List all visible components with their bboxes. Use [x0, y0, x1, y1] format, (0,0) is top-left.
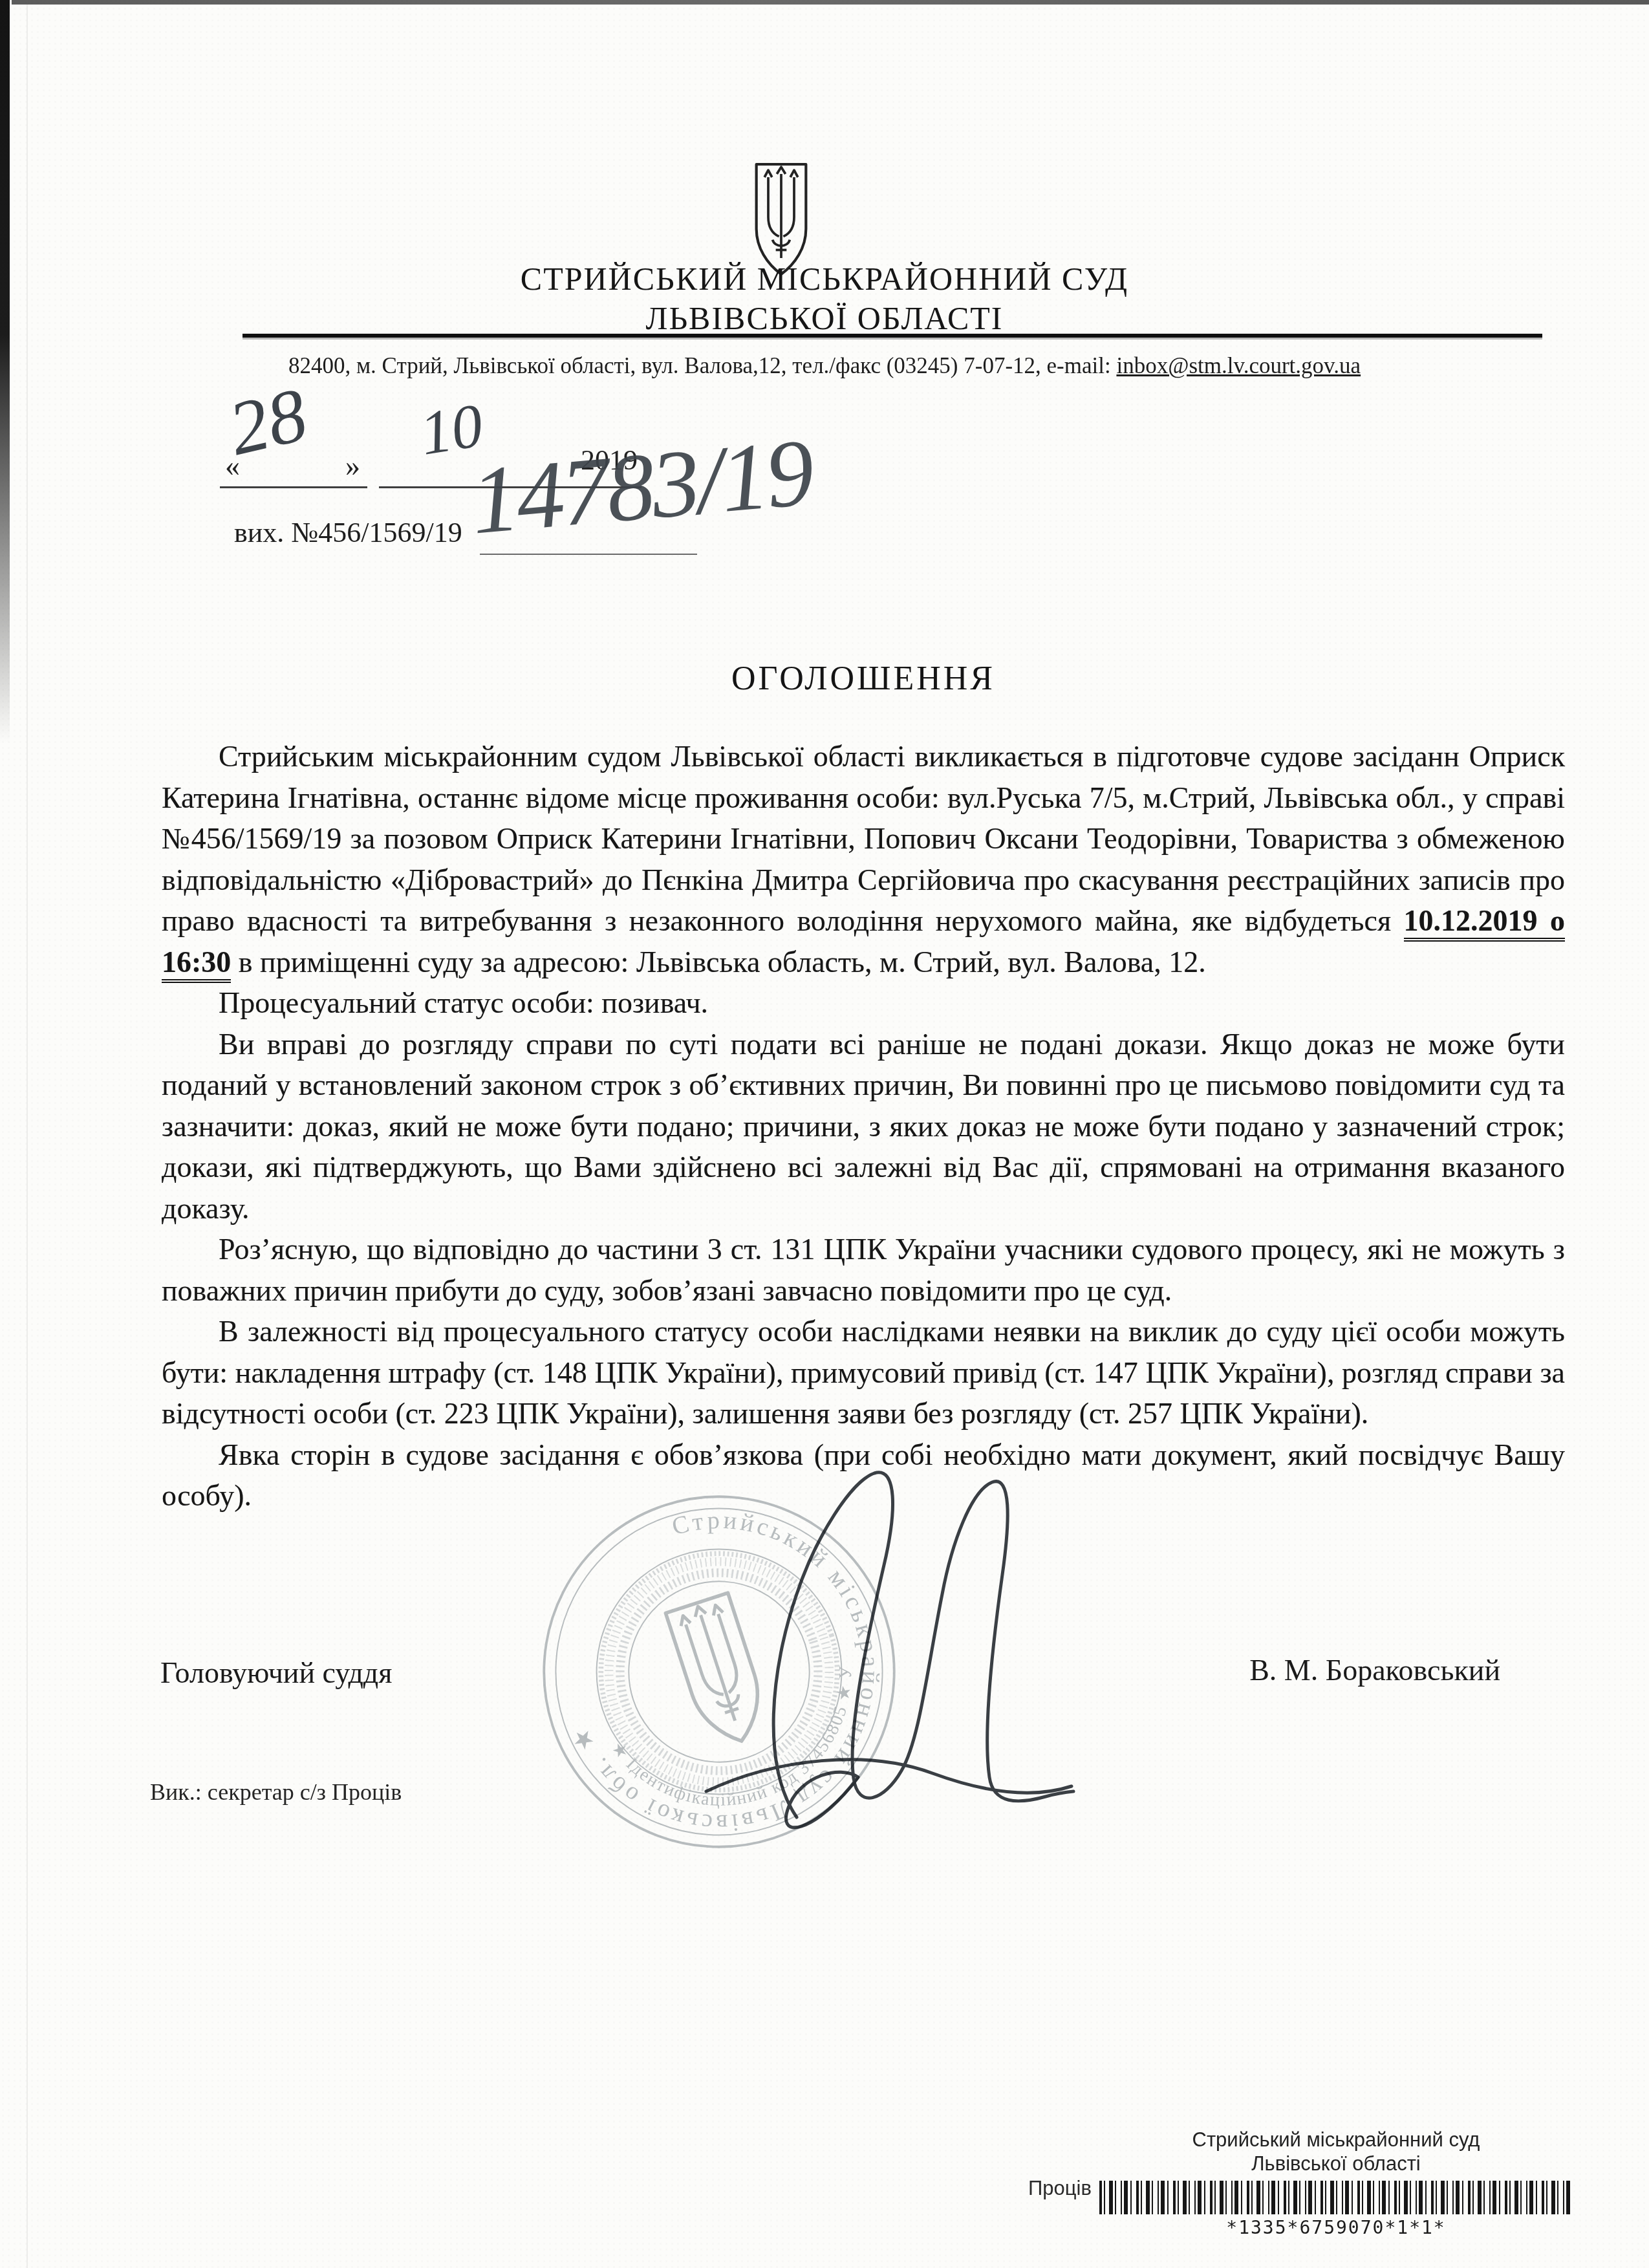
paragraph-status: Процесуальний статус особи: позивач. [162, 982, 1565, 1024]
paragraph-evidence: Ви вправі до розгляду справи по суті под… [162, 1024, 1565, 1229]
judge-signature-icon [700, 1455, 1077, 1846]
court-name-line1: СТРИЙСЬКИЙ МІСЬКРАЙОННИЙ СУД [162, 260, 1487, 297]
footer-court-line1: Стрийський міськрайонний суд [1099, 2128, 1573, 2152]
barcode-icon [1099, 2181, 1573, 2214]
date-day-underline [220, 486, 367, 488]
outgoing-ref-number: вих. №456/1569/19 [234, 516, 462, 549]
document-title: ОГОЛОШЕННЯ [162, 660, 1565, 698]
paragraph-consequences: В залежності від процесуального статусу … [162, 1311, 1565, 1434]
clerk-line: Вик.: секретар с/з Проців [150, 1778, 402, 1806]
ref-underline [480, 554, 697, 555]
footer-registration-block: Стрийський міськрайонний суд Львівської … [1099, 2128, 1573, 2238]
paragraph-cpc-131: Роз’ясную, що відповідно до частини 3 ст… [162, 1229, 1565, 1311]
barcode-value: *1335*6759070*1*1* [1099, 2217, 1573, 2238]
summons-text-before: Стрийським міськрайонним судом Львівсько… [162, 740, 1565, 937]
address-text: 82400, м. Стрий, Львівської області, вул… [288, 353, 1117, 378]
court-address-line: 82400, м. Стрий, Львівської області, вул… [162, 353, 1487, 379]
scan-edge-left [0, 0, 10, 744]
summons-text-after: в приміщенні суду за адресою: Львівська … [231, 945, 1205, 978]
judge-name: В. М. Бораковський [1216, 1653, 1500, 1687]
scan-edge-top [12, 0, 1649, 5]
footer-clerk-name: Проців [1028, 2177, 1092, 2200]
footer-court-line2: Львівської області [1099, 2152, 1573, 2176]
judge-role-label: Головуючий суддя [160, 1656, 392, 1690]
court-name-line2: ЛЬВІВСЬКОЇ ОБЛАСТІ [162, 299, 1487, 337]
scan-fold-line [27, 0, 28, 2268]
paragraph-summons: Стрийським міськрайонним судом Львівсько… [162, 736, 1565, 982]
date-close-quote: » [345, 449, 360, 483]
letterhead-divider [242, 334, 1542, 338]
court-email: inbox@stm.lv.court.gov.ua [1116, 353, 1361, 378]
announcement-body: Стрийським міськрайонним судом Львівсько… [162, 736, 1565, 1517]
handwritten-ref-number: 14783/19 [467, 417, 816, 556]
